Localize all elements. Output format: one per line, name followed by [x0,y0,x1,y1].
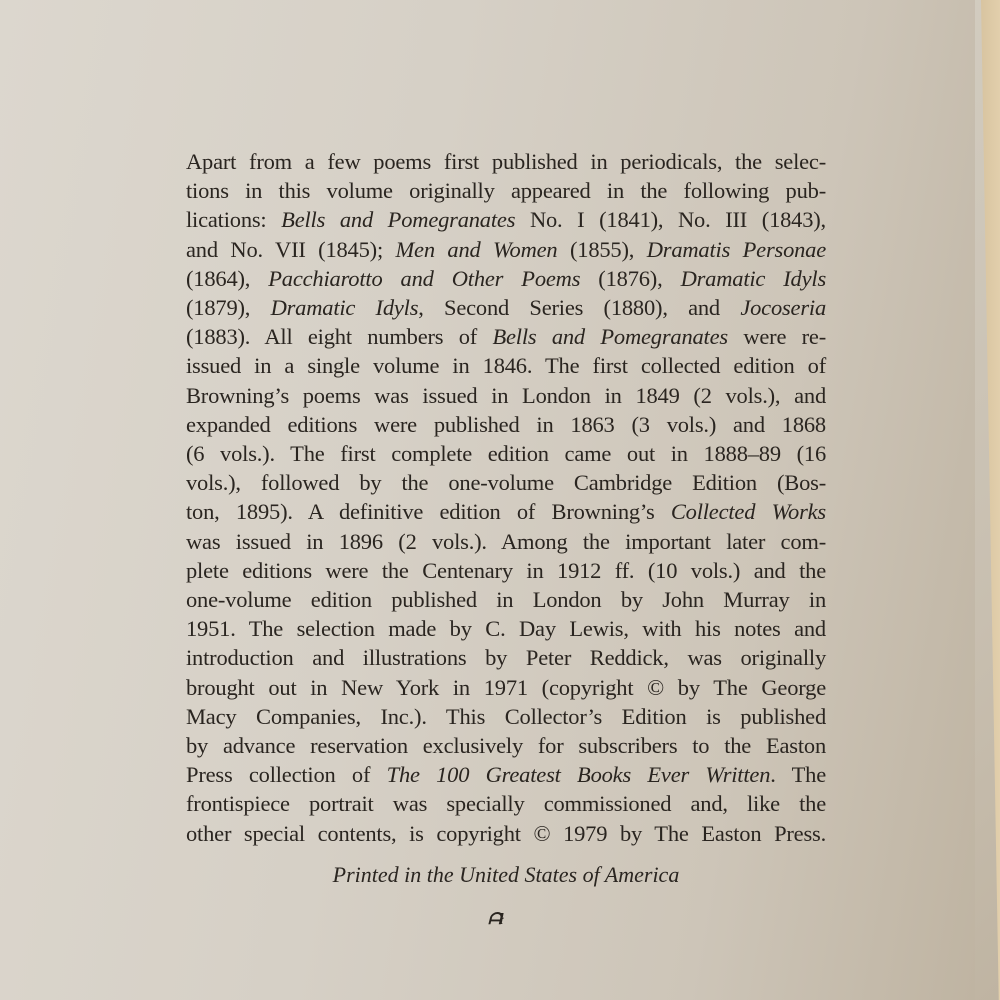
text-run: . The [770,762,826,787]
text-run: was issued in 1896 (2 vols.). Among the … [186,529,826,554]
text-line: issued in a single volume in 1846. The f… [186,351,826,380]
text-run: vols.), followed by the one-volume Cambr… [186,470,826,495]
text-line: frontispiece portrait was specially comm… [186,789,826,818]
text-run: , Second Series (1880), and [418,295,740,320]
text-run: Browning’s poems was issued in London in… [186,383,826,408]
text-run: were re- [728,324,826,349]
text-line: expanded editions were published in 1863… [186,410,826,439]
text-line: ton, 1895). A definitive edition of Brow… [186,497,826,526]
text-line: Apart from a few poems first published i… [186,147,826,176]
text-line: other special contents, is copyright © 1… [186,819,826,848]
printed-in-usa-imprint: Printed in the United States of America [0,862,1000,888]
text-line: introduction and illustrations by Peter … [186,643,826,672]
italic-title: Men and Women [396,237,558,262]
text-run: Apart from a few poems first published i… [186,149,826,174]
italic-title: Pacchiarotto and Other Poems [268,266,580,291]
text-run: (6 vols.). The first complete edition ca… [186,441,826,466]
italic-title: Jocoseria [740,295,826,320]
text-run: 1951. The selection made by C. Day Lewis… [186,616,826,641]
text-run: frontispiece portrait was specially comm… [186,791,826,816]
italic-title: Bells and Pomegranates [492,324,727,349]
text-run: plete editions were the Centenary in 191… [186,558,826,583]
text-run: Macy Companies, Inc.). This Collector’s … [186,704,826,729]
text-line: one-volume edition published in London b… [186,585,826,614]
text-run: (1876), [580,266,680,291]
text-line: (6 vols.). The first complete edition ca… [186,439,826,468]
book-page: Apart from a few poems first published i… [0,0,975,1000]
text-run: and No. VII (1845); [186,237,396,262]
italic-title: Collected Works [671,499,826,524]
text-run: Press collection of [186,762,387,787]
text-run: (1864), [186,266,268,291]
italic-title: Dramatis Personae [647,237,826,262]
text-run: issued in a single volume in 1846. The f… [186,353,826,378]
italic-title: Dramatic Idyls [271,295,419,320]
text-run: (1883). All eight numbers of [186,324,492,349]
text-line: Browning’s poems was issued in London in… [186,381,826,410]
text-run: brought out in New York in 1971 (copyrig… [186,675,826,700]
text-line: (1864), Pacchiarotto and Other Poems (18… [186,264,826,293]
italic-title: The 100 Greatest Books Ever Written [387,762,771,787]
text-run: other special contents, is copyright © 1… [186,821,826,846]
text-line: by advance reservation exclusively for s… [186,731,826,760]
text-run: ton, 1895). A definitive edition of Brow… [186,499,671,524]
text-run: lications: [186,207,281,232]
text-line: lications: Bells and Pomegranates No. I … [186,205,826,234]
text-run: one-volume edition published in London b… [186,587,826,612]
text-line: and No. VII (1845); Men and Women (1855)… [186,235,826,264]
publication-history-paragraph: Apart from a few poems first published i… [186,147,826,848]
italic-title: Bells and Pomegranates [281,207,515,232]
text-line: tions in this volume originally appeared… [186,176,826,205]
text-run: introduction and illustrations by Peter … [186,645,826,670]
text-line: Press collection of The 100 Greatest Boo… [186,760,826,789]
page-edge [975,0,1000,1000]
text-line: plete editions were the Centenary in 191… [186,556,826,585]
text-line: (1883). All eight numbers of Bells and P… [186,322,826,351]
text-line: vols.), followed by the one-volume Cambr… [186,468,826,497]
text-run: (1855), [557,237,646,262]
text-run: No. I (1841), No. III (1843), [515,207,826,232]
text-line: brought out in New York in 1971 (copyrig… [186,673,826,702]
text-line: Macy Companies, Inc.). This Collector’s … [186,702,826,731]
text-run: (1879), [186,295,271,320]
text-line: 1951. The selection made by C. Day Lewis… [186,614,826,643]
text-line: (1879), Dramatic Idyls, Second Series (1… [186,293,826,322]
text-line: was issued in 1896 (2 vols.). Among the … [186,527,826,556]
text-run: by advance reservation exclusively for s… [186,733,826,758]
text-run: expanded editions were published in 1863… [186,412,826,437]
italic-title: Dramatic Idyls [681,266,826,291]
colophon-ornament-icon: ᗩł [488,911,502,929]
text-run: tions in this volume originally appeared… [186,178,826,203]
